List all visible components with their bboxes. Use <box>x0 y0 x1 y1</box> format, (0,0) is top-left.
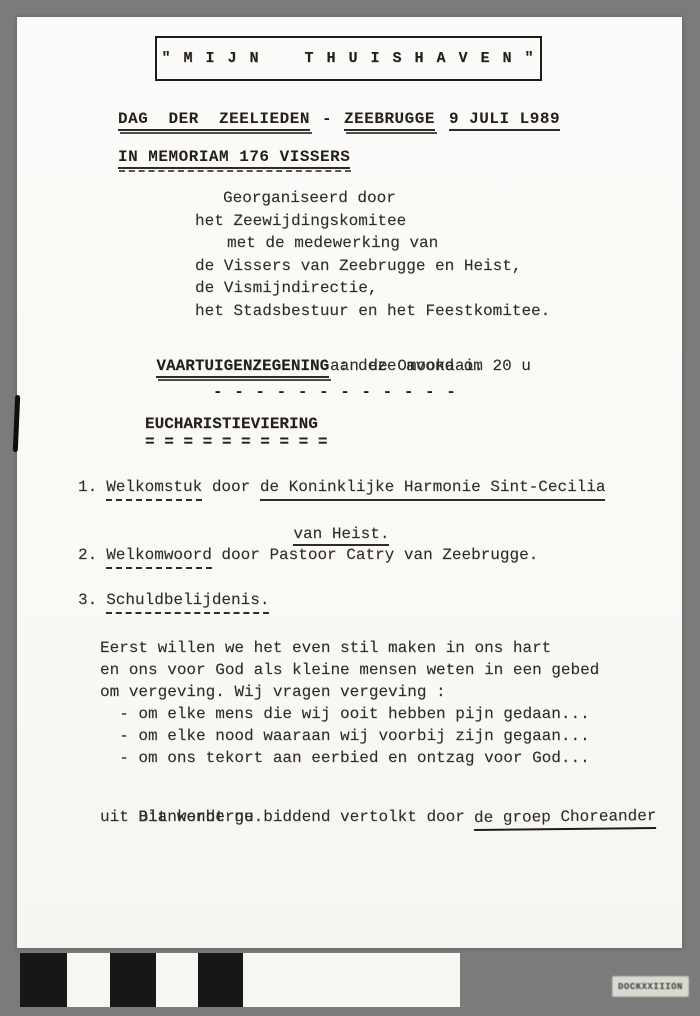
title-box: " M I J N T H U I S H A V E N " <box>155 36 542 81</box>
strip-white-bar <box>243 953 460 1007</box>
item-number: 1. <box>78 476 97 498</box>
confession-line: Eerst willen we het even stil maken in o… <box>100 637 551 659</box>
item-keyword: Welkomwoord <box>106 544 212 569</box>
confession-line: - om elke mens die wij ooit hebben pijn … <box>100 703 590 725</box>
blessing-label: VAARTUIGENZEGENING <box>156 357 329 378</box>
strip-black-square <box>110 953 156 1007</box>
headline-event-name: DAG DER ZEELIEDEN <box>118 110 310 131</box>
blessing-location: aan de Omookaai. <box>330 355 484 377</box>
organizer-line: het Stadsbestuur en het Feestkomitee. <box>195 300 550 323</box>
headline-location: ZEEBRUGGE <box>344 110 435 131</box>
organizer-line: het Zeewijdingskomitee <box>195 210 550 233</box>
item-keyword: Welkomstuk <box>106 476 202 501</box>
headline-event: DAG DER ZEELIEDEN - ZEEBRUGGE 9 JULI L98… <box>118 110 560 131</box>
strip-white-square <box>156 953 198 1007</box>
headline-memoriam: IN MEMORIAM 176 VISSERS <box>118 148 350 166</box>
organizer-line: de Vissers van Zeebrugge en Heist, <box>195 255 550 278</box>
scanned-page: " M I J N T H U I S H A V E N " DAG DER … <box>17 17 682 948</box>
closing-line-2: uit Blankenberge. <box>100 806 263 828</box>
organizer-line: met de medewerking van <box>195 232 550 255</box>
confession-line: en ons voor God als kleine mensen weten … <box>100 659 599 681</box>
confession-line: - om elke nood waaraan wij voorbij zijn … <box>100 725 590 747</box>
program-item-3: 3. Schuldbelijdenis. <box>78 589 269 614</box>
organizers-block: Georganiseerd door het Zeewijdingskomite… <box>195 187 550 322</box>
strip-white-square <box>67 953 110 1007</box>
closing-group-name: de groep Choreander <box>474 805 657 831</box>
item-number: 2. <box>78 544 97 566</box>
page-title: " M I J N T H U I S H A V E N " <box>161 50 535 67</box>
dashed-divider: - - - - - - - - - - - - <box>213 383 457 401</box>
program-item-2: 2. Welkomwoord door Pastoor Catry van Ze… <box>78 544 538 569</box>
item-performer: de Koninklijke Harmonie Sint-Cecilia <box>260 476 606 501</box>
item-text: door Pastoor Catry van Zeebrugge. <box>212 544 538 566</box>
strip-black-square <box>198 953 243 1007</box>
headline-date: 9 JULI L989 <box>449 110 560 131</box>
program-item-1: 1. Welkomstuk door de Koninklijke Harmon… <box>78 476 605 501</box>
scanned-document-screenshot: { "canvas":{"background":"#7b7b7b","pape… <box>0 0 700 1016</box>
headline-separator: - <box>322 110 332 128</box>
id-stamp: DOCKXXIIION <box>612 976 689 997</box>
eucharist-underline-rule: = = = = = = = = = = <box>145 431 327 453</box>
organizer-line: Georganiseerd door <box>195 187 550 210</box>
strip-black-square <box>20 953 67 1007</box>
confession-line: - om ons tekort aan eerbied en ontzag vo… <box>100 747 590 769</box>
item-keyword: Schuldbelijdenis. <box>106 589 269 614</box>
organizer-line: de Vismijndirectie, <box>195 277 550 300</box>
item-text: door <box>202 476 260 498</box>
confession-line: om vergeving. Wij vragen vergeving : <box>100 681 446 703</box>
item-number: 3. <box>78 589 97 611</box>
